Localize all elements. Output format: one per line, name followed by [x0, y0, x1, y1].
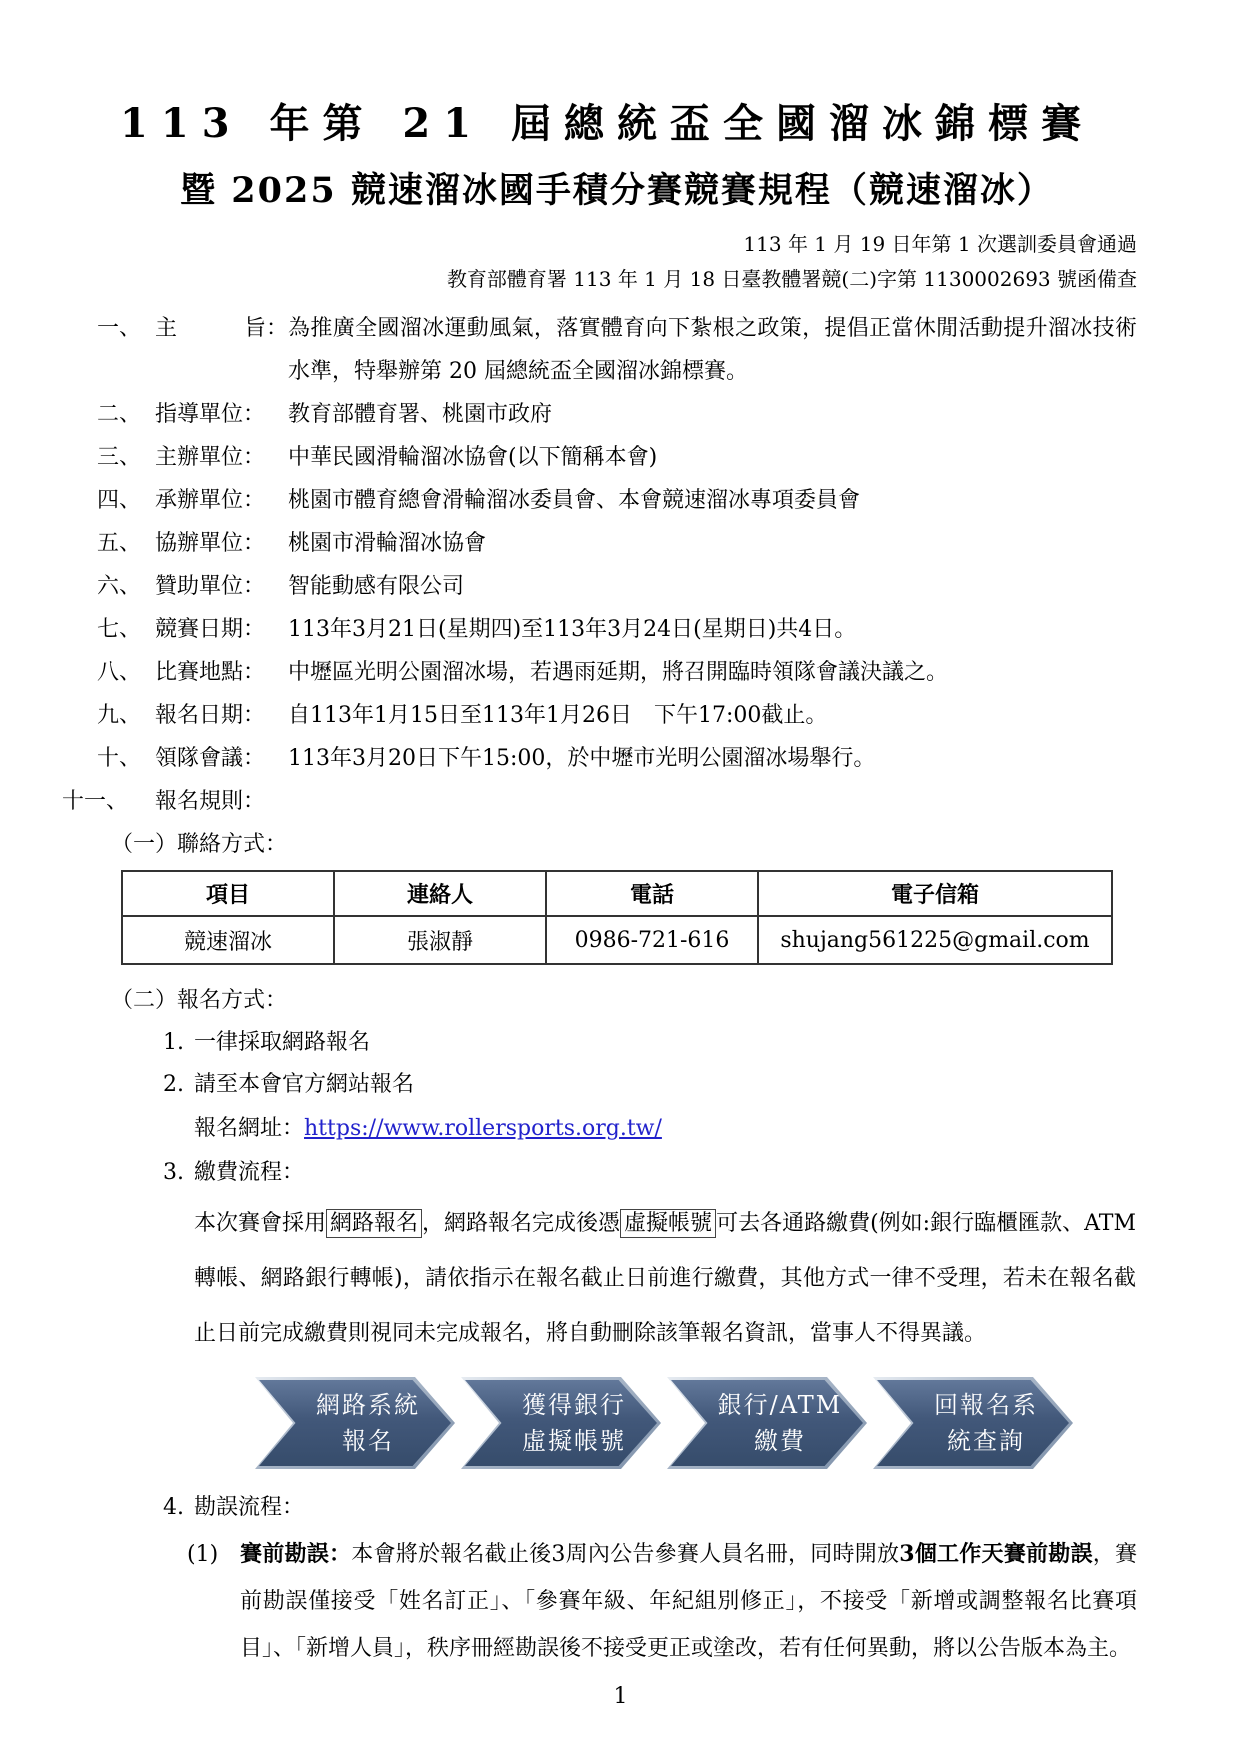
- item-label: 報名規則：: [155, 780, 265, 823]
- col-header-person: 連絡人: [334, 871, 546, 916]
- list-item-venue: 八、 比賽地點： 中壢區光明公園溜冰場，若遇雨延期，將召開臨時領隊會議決議之。: [97, 651, 1137, 694]
- list-item-host: 三、 主辦單位： 中華民國滑輪溜冰協會(以下簡稱本會): [97, 436, 1137, 479]
- page-subtitle: 暨 2025 競速溜冰國手積分賽競賽規程（競速溜冰）: [97, 163, 1137, 213]
- signup-step-3: 3. 繳費流程：: [163, 1152, 1137, 1194]
- item-number: 十、: [97, 737, 155, 780]
- item-label: 承辦單位：: [155, 479, 288, 522]
- item-label: 贊助單位：: [155, 565, 288, 608]
- item-text: 自113年1月15日至113年1月26日 下午17:00截止。: [288, 694, 1137, 737]
- item-label-part: 旨：: [244, 307, 288, 393]
- payment-flow-diagram: 網路系統 報名 獲得銀行 虛擬帳號 銀行/ATM 繳費 回報名系 統查詢: [255, 1377, 1137, 1469]
- boxed-term-online-registration: 網路報名: [326, 1209, 422, 1238]
- contact-heading: （一）聯絡方式：: [111, 823, 1137, 866]
- erratum-body: 本會將於報名截止後3周內公告參賽人員名冊，同時開放: [351, 1542, 899, 1567]
- cell-event: 競速溜冰: [122, 916, 334, 964]
- step-text: 繳費流程：: [194, 1152, 304, 1194]
- list-item-organizer: 四、 承辦單位： 桃園市體育總會滑輪溜冰委員會、本會競速溜冰專項委員會: [97, 479, 1137, 522]
- list-item-registration-rules: 十一、 報名規則：: [62, 780, 1137, 823]
- table-header-row: 項目 連絡人 電話 電子信箱: [122, 871, 1112, 916]
- cell-email: shujang561225@gmail.com: [758, 916, 1112, 964]
- item-label-part: 主: [155, 307, 177, 393]
- item-number: 四、: [97, 479, 155, 522]
- step-number: 2.: [163, 1064, 194, 1106]
- flow-step-label: 統查詢: [947, 1423, 1025, 1459]
- item-text: 113年3月20日下午15:00，於中壢市光明公園溜冰場舉行。: [288, 737, 1137, 780]
- document-page: 113 年第 21 屆總統盃全國溜冰錦標賽 暨 2025 競速溜冰國手積分賽競賽…: [0, 0, 1241, 1755]
- list-item-coorganizer: 五、 協辦單位： 桃園市滑輪溜冰協會: [97, 522, 1137, 565]
- step-text: 一律採取網路報名: [194, 1022, 370, 1064]
- payment-text: 本次賽會採用: [194, 1211, 326, 1236]
- item-number: 三、: [97, 436, 155, 479]
- erratum-bold-term: 3個工作天賽前勘誤: [899, 1541, 1092, 1567]
- item-text: 桃園市滑輪溜冰協會: [288, 522, 1137, 565]
- flow-arrow-body: 銀行/ATM 繳費: [671, 1380, 863, 1466]
- payment-text: ，網路報名完成後憑: [422, 1211, 620, 1236]
- item-label: 比賽地點：: [155, 651, 288, 694]
- approval-note: 113 年 1 月 19 日年第 1 次選訓委員會通過: [97, 227, 1137, 262]
- list-item-sponsor: 六、 贊助單位： 智能動感有限公司: [97, 565, 1137, 608]
- flow-step-label: 虛擬帳號: [522, 1423, 626, 1459]
- registration-url-line: 報名網址：https://www.rollersports.org.tw/: [194, 1106, 1137, 1152]
- filing-note: 教育部體育署 113 年 1 月 18 日臺教體署競(二)字第 11300026…: [97, 262, 1137, 297]
- list-item-leader-meeting: 十、 領隊會議： 113年3月20日下午15:00，於中壢市光明公園溜冰場舉行。: [97, 737, 1137, 780]
- flow-step-label: 繳費: [754, 1423, 806, 1459]
- signup-step-1: 1. 一律採取網路報名: [163, 1022, 1137, 1064]
- sub-number: (1): [187, 1531, 240, 1672]
- item-label: 指導單位：: [155, 393, 288, 436]
- item-text: 智能動感有限公司: [288, 565, 1137, 608]
- step-text: 請至本會官方網站報名: [194, 1064, 414, 1106]
- flow-step-label: 網路系統: [316, 1387, 420, 1423]
- flow-arrow-step-4: 回報名系 統查詢: [873, 1377, 1073, 1469]
- url-label: 報名網址：: [194, 1116, 304, 1141]
- item-number: 一、: [97, 307, 155, 393]
- erratum-bold-lead: 賽前勘誤：: [240, 1541, 351, 1567]
- erratum-text: 賽前勘誤：本會將於報名截止後3周內公告參賽人員名冊，同時開放3個工作天賽前勘誤，…: [240, 1531, 1137, 1672]
- list-item-advisor: 二、 指導單位： 教育部體育署、桃園市政府: [97, 393, 1137, 436]
- item-text: 桃園市體育總會滑輪溜冰委員會、本會競速溜冰專項委員會: [288, 479, 1137, 522]
- item-label: 報名日期：: [155, 694, 288, 737]
- flow-step-label: 獲得銀行: [522, 1387, 626, 1423]
- table-row: 競速溜冰 張淑靜 0986-721-616 shujang561225@gmai…: [122, 916, 1112, 964]
- step-number: 4.: [163, 1487, 194, 1529]
- flow-step-label: 銀行/ATM: [718, 1387, 843, 1423]
- item-text: 為推廣全國溜冰運動風氣，落實體育向下紮根之政策，提倡正當休閒活動提升溜冰技術水準…: [288, 307, 1137, 393]
- signup-step-2: 2. 請至本會官方網站報名: [163, 1064, 1137, 1106]
- flow-arrow-body: 回報名系 統查詢: [877, 1380, 1069, 1466]
- step-number: 3.: [163, 1152, 194, 1194]
- flow-step-label: 回報名系: [934, 1387, 1038, 1423]
- list-item-competition-date: 七、 競賽日期： 113年3月21日(星期四)至113年3月24日(星期日)共4…: [97, 608, 1137, 651]
- flow-step-label: 報名: [342, 1423, 394, 1459]
- step-text: 勘誤流程：: [194, 1487, 304, 1529]
- col-header-phone: 電話: [546, 871, 758, 916]
- signup-heading: （二）報名方式：: [111, 979, 1137, 1022]
- item-label: 主 旨：: [155, 307, 288, 393]
- contact-table: 項目 連絡人 電話 電子信箱 競速溜冰 張淑靜 0986-721-616 shu…: [121, 870, 1113, 965]
- item-label: 協辦單位：: [155, 522, 288, 565]
- item-number: 十一、: [62, 780, 155, 823]
- item-number: 八、: [97, 651, 155, 694]
- page-number: 1: [0, 1684, 1241, 1709]
- payment-paragraph: 本次賽會採用網路報名，網路報名完成後憑虛擬帳號可去各通路繳費(例如:銀行臨櫃匯款…: [194, 1196, 1136, 1361]
- col-header-event: 項目: [122, 871, 334, 916]
- item-number: 九、: [97, 694, 155, 737]
- item-number: 六、: [97, 565, 155, 608]
- flow-arrow-body: 獲得銀行 虛擬帳號: [465, 1380, 657, 1466]
- item-text: 113年3月21日(星期四)至113年3月24日(星期日)共4日。: [288, 608, 1137, 651]
- main-list: 一、 主 旨： 為推廣全國溜冰運動風氣，落實體育向下紮根之政策，提倡正當休閒活動…: [97, 307, 1137, 823]
- item-number: 二、: [97, 393, 155, 436]
- flow-arrow-body: 網路系統 報名: [259, 1380, 451, 1466]
- cell-phone: 0986-721-616: [546, 916, 758, 964]
- boxed-term-virtual-account: 虛擬帳號: [620, 1209, 716, 1238]
- registration-link[interactable]: https://www.rollersports.org.tw/: [304, 1116, 662, 1141]
- item-text: 教育部體育署、桃園市政府: [288, 393, 1137, 436]
- list-item-registration-date: 九、 報名日期： 自113年1月15日至113年1月26日 下午17:00截止。: [97, 694, 1137, 737]
- step-number: 1.: [163, 1022, 194, 1064]
- item-text: 中壢區光明公園溜冰場，若遇雨延期，將召開臨時領隊會議決議之。: [288, 651, 1137, 694]
- col-header-email: 電子信箱: [758, 871, 1112, 916]
- item-number: 五、: [97, 522, 155, 565]
- signup-step-4: 4. 勘誤流程：: [163, 1487, 1137, 1529]
- flow-arrow-step-2: 獲得銀行 虛擬帳號: [461, 1377, 661, 1469]
- list-item-purpose: 一、 主 旨： 為推廣全國溜冰運動風氣，落實體育向下紮根之政策，提倡正當休閒活動…: [97, 307, 1137, 393]
- flow-arrow-step-3: 銀行/ATM 繳費: [667, 1377, 867, 1469]
- pre-competition-erratum: (1) 賽前勘誤：本會將於報名截止後3周內公告參賽人員名冊，同時開放3個工作天賽…: [187, 1531, 1137, 1672]
- cell-person: 張淑靜: [334, 916, 546, 964]
- item-text: 中華民國滑輪溜冰協會(以下簡稱本會): [288, 436, 1137, 479]
- item-label: 領隊會議：: [155, 737, 288, 780]
- page-title: 113 年第 21 屆總統盃全國溜冰錦標賽: [77, 92, 1137, 149]
- item-label: 競賽日期：: [155, 608, 288, 651]
- flow-arrow-step-1: 網路系統 報名: [255, 1377, 455, 1469]
- item-number: 七、: [97, 608, 155, 651]
- item-label: 主辦單位：: [155, 436, 288, 479]
